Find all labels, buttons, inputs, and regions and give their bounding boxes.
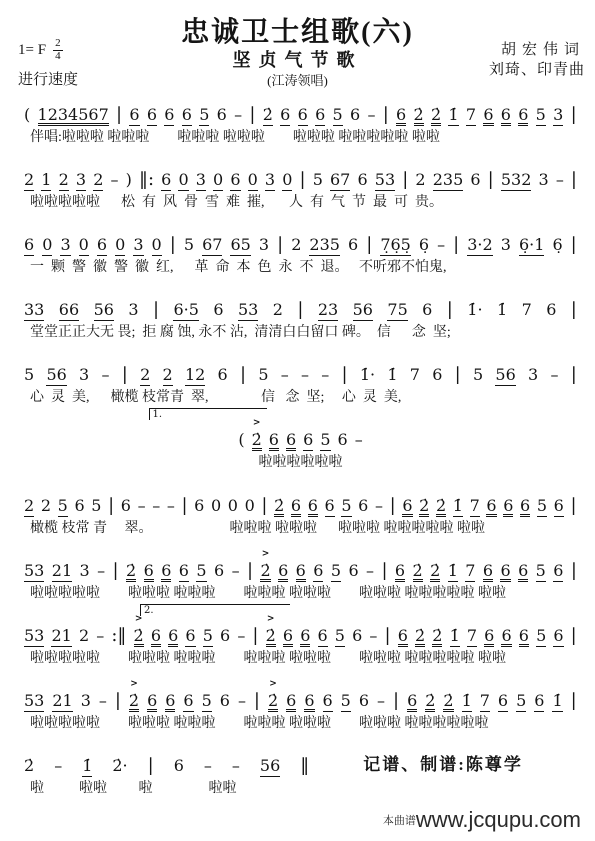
note-token: | [148,757,154,777]
note-token: | [381,562,387,582]
note-token: 5 [196,563,206,582]
note-token: 3 [79,367,89,386]
note-token: 56 [495,367,515,386]
note-token: | [488,171,494,191]
note-token: 6 [304,693,314,712]
note-token: | [113,562,119,582]
music-system: 60306030|567653|22356|7̣6̣5̣6̣–|3·236̣·1… [24,226,577,276]
music-system: 5563–|22126|5–––|1̇·1̇76|5563–|心 灵 美, 橄榄… [24,356,577,406]
note-token: 1 [41,172,51,191]
note-token: 2̇ [415,628,425,647]
note-token: 6 [350,107,360,126]
credits-block: 胡宏伟词 刘琦、印青曲 [489,40,585,81]
note-token: 3 [196,172,206,191]
note-token: 6 [483,107,493,126]
note-token: 6 [164,107,174,126]
note-token: 3 [76,172,86,191]
note-token: 5 [473,367,483,386]
note-token: 5 [202,693,212,712]
music-system: 2̇–1̇2̇·|6––56‖记谱、制谱:陈尊学啦 啦啦 啦 啦啦 [24,747,577,797]
lyrics-line: 橄榄 枝常 青 翠。 啦啦啦 啦啦啦 啦啦啦 啦啦啦啦啦 啦啦 [24,521,577,537]
accent-mark: > [267,615,275,624]
note-token: 6 [121,498,131,517]
accent-mark: > [135,615,143,624]
note-token: – [369,628,377,647]
lyrics-line: 啦啦啦啦啦 啦啦啦 啦啦啦 啦啦啦 啦啦啦 啦啦啦 啦啦啦啦啦 啦啦 [24,651,577,667]
note-token: 2̇ [126,563,136,582]
note-token: 2 [59,172,69,191]
lyrics-line: 心 灵 美, 橄榄 枝常青 翠, 信 念 坚; 心 灵 美, [24,390,577,406]
note-token: 2̇ [431,107,441,126]
note-token: 5 [333,107,343,126]
note-token: ‖: [139,171,154,191]
note-token: | [342,366,348,386]
note-token: 6 [300,628,310,647]
note-token: | [153,301,159,321]
note-token: 6 [358,498,368,517]
note-token: | [108,497,114,517]
note-token: 6 [161,172,171,191]
note-token: – [97,563,105,582]
note-token: 53 [375,172,395,191]
note-token: 33 [24,302,44,321]
note-token: | [247,562,253,582]
note-token: 2 [79,628,89,647]
note-token: – [54,758,62,777]
note-token: 6 [220,693,230,712]
note-token: – [367,107,375,126]
note-token: 6 [213,302,223,321]
note-token: 6 [483,563,493,582]
note-token: 6 [519,628,529,647]
music-system: 53212–:‖2.2̇>66656–|2̇>66656–|62̇2̇1̇766… [24,617,577,667]
note-token: 1̇· [467,302,482,321]
notation-line: 3366563|6·56532|2356756|1̇·1̇76| [24,291,577,321]
notation-line: 1.(2̇>66656– [131,421,471,451]
note-token: 5 [536,107,546,126]
note-token: 6 [402,498,412,517]
note-token: 1234567 [38,107,109,126]
note-token: 1̇ [497,302,507,321]
note-token: 53 [238,302,258,321]
note-token: – [204,758,212,777]
note-token: – [437,237,445,256]
accent-mark: > [269,680,277,689]
note-token: 7 [470,498,480,517]
notation-line: 53213–|2̇>66656–|2̇>66656–|62̇2̇1̇76561̇… [24,682,577,712]
note-token: – [556,172,564,191]
notation-line: 53212–:‖2.2̇>66656–|2̇>66656–|62̇2̇1̇766… [24,617,577,647]
note-token: 6 [182,107,192,126]
note-token: 0 [42,237,52,256]
note-token: 3 [80,563,90,582]
note-token: 0 [79,237,89,256]
note-token: 6 [214,563,224,582]
note-token: 2̇> [252,432,262,451]
note-token: 2̇ [419,498,429,517]
note-token: 235 [309,237,340,256]
notation-line: 5563–|22126|5–––|1̇·1̇76|5563–| [24,356,577,386]
note-token: 6 [298,107,308,126]
note-token: 6 [144,563,154,582]
note-token: 6 [286,693,296,712]
note-token: 3 [539,172,549,191]
note-token: 23 [318,302,338,321]
note-token: 0 [248,172,258,191]
music-system: 22565|6–––|6000|2̇66656–|62̇2̇1̇766656|橄… [24,487,577,537]
note-token: | [300,171,306,191]
note-token: | [571,627,577,647]
accent-mark: > [253,419,261,428]
note-token: 6̣·1 [519,237,544,256]
notation-line: 53213–|2̇66656–|2̇>66656–|62̇2̇1̇766656| [24,552,577,582]
note-token: 6 [323,693,333,712]
note-token: 2̇ [425,693,435,712]
note-token: 5 [341,498,351,517]
note-token: 6 [422,302,432,321]
note-token: 7 [466,107,476,126]
lyricist-credit: 胡宏伟词 [489,40,585,60]
note-token: 6 [286,432,296,451]
note-token: 1̇ [448,563,458,582]
note-token: 6 [398,628,408,647]
note-token: | [252,627,258,647]
lyrics-line: 啦 啦啦 啦 啦啦 [24,781,577,797]
note-token: 0 [245,498,255,517]
note-token: 2̇> [260,563,270,582]
note-token: 2̇ [443,693,453,712]
note-token: 6 [218,367,228,386]
note-token: | [447,301,453,321]
note-token: 1̇ [462,693,472,712]
note-token: | [254,692,260,712]
note-token: 6 [151,628,161,647]
note-token: 6 [313,563,323,582]
note-token: 6 [501,628,511,647]
note-token: 6̣ [419,237,429,256]
note-token: | [383,106,389,126]
note-token: 5 [335,628,345,647]
note-token: 0 [213,172,223,191]
music-system: 53213–|2̇>66656–|2̇>66656–|62̇2̇1̇76561̇… [24,682,577,732]
lyrics-line: 啦啦啦啦啦啦 [131,455,471,471]
note-token: 2 [140,367,150,386]
note-token: 65 [230,237,250,256]
note-token: 7 [467,628,477,647]
note-token: 5 [199,107,209,126]
note-token: 6 [303,432,313,451]
score-header: 忠诚卫士组歌(六) 1= F 2 4 进行速度 坚贞气节歌 (江涛领唱) 胡宏伟… [0,0,595,92]
note-token: 6 [280,107,290,126]
note-token: – [375,498,383,517]
note-token: 6 [484,628,494,647]
note-token: 6 [554,498,564,517]
note-token: 75 [387,302,407,321]
note-token: 2̇> [134,628,144,647]
note-token: 0 [152,237,162,256]
note-token: 1̇ [552,693,562,712]
note-token: 2 [273,302,283,321]
note-token: | [181,497,187,517]
notation-line: 21232–)‖:60306030|567653|22356|5323–| [24,161,577,191]
note-token: 2̇> [129,693,139,712]
note-token: 6 [500,563,510,582]
lyrics-line: 啦啦啦啦啦 啦啦啦 啦啦啦 啦啦啦 啦啦啦 啦啦啦 啦啦啦啦啦啦 [24,716,577,732]
note-token: 2̇ [274,498,284,517]
note-token: 3 [81,693,91,712]
note-token: 3 [553,107,563,126]
note-token: 2 [24,498,34,517]
note-token: – [96,628,104,647]
note-token: – [301,367,309,386]
note-token: | [240,366,246,386]
note-token: 6 [501,107,511,126]
note-token: 6 [230,172,240,191]
note-token: 6 [185,628,195,647]
note-token: 6 [174,758,184,777]
note-token: 6 [217,107,227,126]
sheet-music-page: 忠诚卫士组歌(六) 1= F 2 4 进行速度 坚贞气节歌 (江涛领唱) 胡宏伟… [0,0,595,841]
note-token: 6 [147,693,157,712]
note-token: 1̇ [448,107,458,126]
note-token: | [261,497,267,517]
note-token: 5 [91,498,101,517]
lyrics-line: 伴唱:啦啦啦 啦啦啦 啦啦啦 啦啦啦 啦啦啦 啦啦啦啦啦 啦啦 [24,130,577,146]
note-token: 21 [52,693,72,712]
note-token: 6 [546,302,556,321]
note-token: 6 [486,498,496,517]
note-token: 6 [357,172,367,191]
note-token: 0 [211,498,221,517]
note-token: ( [24,107,30,126]
note-token: 1̇ [453,498,463,517]
note-token: 21 [51,628,71,647]
note-token: 6 [129,107,139,126]
watermark: 本曲谱 www.jcqupu.com [383,807,581,833]
note-token: 0 [115,237,125,256]
note-token: 0 [282,172,292,191]
note-token: 6 [518,563,528,582]
notation-line: 60306030|567653|22356|7̣6̣5̣6̣–|3·236̣·1… [24,226,577,256]
lyrics-line: 堂堂正正大无 畏; 拒 腐 蚀, 永不 沾, 清清白白留口 碑。 信 念 坚; [24,325,577,341]
watermark-prefix: 本曲谱 [383,812,416,828]
note-token: 6 [407,693,417,712]
note-token: 3 [528,367,538,386]
note-token: 2 [291,237,301,256]
note-token: 6 [296,563,306,582]
note-token: 56 [260,758,280,777]
note-token: | [170,236,176,256]
note-token: 5 [203,628,213,647]
note-token: 2̇ [436,498,446,517]
ending-bracket: 1. [149,408,267,420]
note-token: 6 [97,237,107,256]
note-token: – [281,367,289,386]
note-token: 2̇ [430,563,440,582]
note-token: 6 [352,628,362,647]
note-token: 6 [194,498,204,517]
note-token: | [277,236,283,256]
note-token: | [402,171,408,191]
note-token: | [390,497,396,517]
note-token: 53 [24,628,44,647]
note-token: – [550,367,558,386]
note-token: 7 [465,563,475,582]
note-token: 6 [338,432,348,451]
note-token: | [455,366,461,386]
note-token: 7 [410,367,420,386]
note-token: – [152,498,160,517]
note-token: 6 [348,237,358,256]
note-token: 6 [179,563,189,582]
note-token: 1̇ [450,628,460,647]
note-token: 67 [330,172,350,191]
note-token: ‖ [300,757,309,777]
note-token: 7 [480,693,490,712]
note-token: | [571,236,577,256]
note-token: 12 [185,367,205,386]
note-token: 7̣6̣5̣ [380,237,411,256]
note-token: 6 [432,367,442,386]
note-token: 6 [147,107,157,126]
note-token: 5 [537,498,547,517]
note-token: 5 [341,693,351,712]
note-token: 6 [24,237,34,256]
note-token: 235 [433,172,464,191]
note-token: | [393,692,399,712]
note-token: ( [238,432,244,451]
note-token: 5 [258,367,268,386]
note-token: 6 [396,107,406,126]
note-token: 6 [470,172,480,191]
music-system: 53213–|2̇66656–|2̇>66656–|62̇2̇1̇766656|… [24,552,577,602]
lyrics-line: 啦啦啦啦啦 松 有 风 骨 雪 难 摧, 人 有 气 节 最 可 贵。 [24,195,577,211]
note-token: :‖ [111,627,126,647]
note-token: – [355,432,363,451]
note-token: 56 [46,367,66,386]
note-token: | [249,106,255,126]
note-token: 53 [24,563,44,582]
note-token: – [232,563,240,582]
note-token: 56 [94,302,114,321]
note-token: 6̣ [552,237,562,256]
note-token: – [99,693,107,712]
note-token: 6 [183,693,193,712]
note-token: 5 [24,367,34,386]
note-token: 3 [501,237,511,256]
note-token: 21 [52,563,72,582]
note-token: – [321,367,329,386]
note-token: 67 [202,237,222,256]
note-token: 6 [278,563,288,582]
note-token: 2̇> [268,693,278,712]
note-token: 3 [265,172,275,191]
note-token: 6 [291,498,301,517]
note-token: – [237,628,245,647]
note-token: 5 [536,628,546,647]
note-token: 5 [320,432,330,451]
note-token: | [570,497,576,517]
note-token: | [571,301,577,321]
note-token: | [453,236,459,256]
note-token: 2 [24,172,34,191]
note-token: – [232,758,240,777]
note-token: 3 [259,237,269,256]
lyrics-line: 啦啦啦啦啦 啦啦啦 啦啦啦 啦啦啦 啦啦啦 啦啦啦 啦啦啦啦啦 啦啦 [24,586,577,602]
note-token: | [385,627,391,647]
note-token: 6 [553,628,563,647]
note-token: 0 [178,172,188,191]
note-token: 3·2 [467,237,492,256]
note-token: | [116,106,122,126]
note-token: 5 [58,498,68,517]
note-token: – [366,563,374,582]
note-token: 0 [228,498,238,517]
note-token: 6 [168,628,178,647]
note-token: | [571,171,577,191]
lyrics-line: 一 颗 警 徽 警 徽 红, 革 命 本 色 永 不 退。 不听邪不怕鬼, [24,260,577,276]
note-token: 2̇> [266,628,276,647]
note-token: 2̇ [414,107,424,126]
note-token: 2̇ [263,107,273,126]
music-system: 3366563|6·56532|2356756|1̇·1̇76|堂堂正正大无 畏… [24,291,577,341]
note-token: | [122,366,128,386]
note-token: 2 [415,172,425,191]
transcriber-credit: 记谱、制谱:陈尊学 [363,750,523,777]
note-token: | [571,366,577,386]
music-systems: (1234567|666656–|2̇66656–|62̇2̇1̇766653|… [0,92,595,797]
note-token: 5 [313,172,323,191]
note-token: | [115,692,121,712]
note-token: – [238,693,246,712]
note-token: 3 [128,302,138,321]
note-token: – [234,107,242,126]
note-token: 7 [522,302,532,321]
note-token: ) [126,172,132,191]
watermark-url: www.jcqupu.com [416,807,581,833]
note-token: 2̇ [24,758,34,777]
note-token: 6 [283,628,293,647]
note-token: 6 [315,107,325,126]
note-token: 1̇ [82,758,92,777]
note-token: 3 [133,237,143,256]
note-token: 1̇ [387,367,397,386]
note-token: 2̇ [432,628,442,647]
music-system: (1234567|666656–|2̇66656–|62̇2̇1̇766653|… [24,96,577,146]
note-token: 6 [318,628,328,647]
note-token: 1̇· [360,367,375,386]
note-token: 6 [74,498,84,517]
note-token: | [366,236,372,256]
notation-line: (1234567|666656–|2̇66656–|62̇2̇1̇766653| [24,96,577,126]
accent-mark: > [262,550,270,559]
notation-line: 22565|6–––|6000|2̇66656–|62̇2̇1̇766656| [24,487,577,517]
note-token: 2̇ [413,563,423,582]
music-system: 1.(2̇>66656–啦啦啦啦啦啦 [24,421,577,471]
note-token: 6 [498,693,508,712]
note-token: 5 [516,693,526,712]
note-token: | [297,301,303,321]
note-token: 5 [184,237,194,256]
note-token: 66 [59,302,79,321]
note-token: 6 [395,563,405,582]
note-token: 6 [161,563,171,582]
note-token: 5 [536,563,546,582]
note-token: – [101,367,109,386]
note-token: 2 [41,498,51,517]
note-token: 2 [93,172,103,191]
note-token: 6 [325,498,335,517]
